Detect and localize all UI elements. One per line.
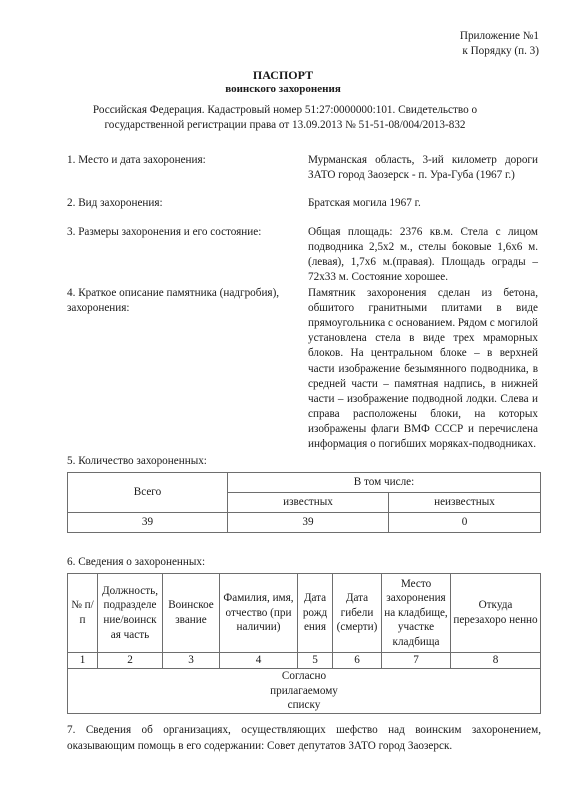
item-3-label: 3. Размеры захоронения и его состояние: <box>67 225 292 240</box>
item-1-label: 1. Место и дата захоронения: <box>67 153 292 168</box>
col-header-rank: Воинское звание <box>163 574 220 653</box>
header-including: В том числе: <box>228 473 541 493</box>
buried-section-label: 6. Сведения о захороненных: <box>67 555 205 570</box>
item-1-value: Мурманская область, 3-ий километр дороги… <box>308 153 538 183</box>
col-number: 1 <box>68 653 98 669</box>
value-unknown: 0 <box>389 513 541 533</box>
value-total: 39 <box>68 513 228 533</box>
item-2-value: Братская могила 1967 г. <box>308 196 538 211</box>
header-known: известных <box>228 493 389 513</box>
appendix-reference: Приложение №1 к Порядку (п. 3) <box>460 29 539 59</box>
col-header-death-date: Дата гибели (смерти) <box>333 574 382 653</box>
col-number: 2 <box>98 653 163 669</box>
appendix-line-1: Приложение №1 <box>460 29 539 44</box>
col-number: 8 <box>451 653 541 669</box>
col-header-birth-date: Дата рожд ения <box>298 574 333 653</box>
registry-line-1: Российская Федерация. Кадастровый номер … <box>60 103 510 118</box>
col-header-burial-place: Место захоронения на кладбище, участке к… <box>382 574 451 653</box>
col-number: 7 <box>382 653 451 669</box>
col-header-reburied-from: Откуда перезахоро ненно <box>451 574 541 653</box>
col-header-number: № п/п <box>68 574 98 653</box>
col-number: 4 <box>220 653 298 669</box>
item-7-patronage: 7. Сведения об организациях, осуществляю… <box>67 722 541 754</box>
attached-list-note: Согласно прилагаемому списку <box>68 669 541 714</box>
item-2-label: 2. Вид захоронения: <box>67 196 292 211</box>
value-known: 39 <box>228 513 389 533</box>
appendix-line-2: к Порядку (п. 3) <box>460 44 539 59</box>
col-number: 5 <box>298 653 333 669</box>
header-total: Всего <box>68 473 228 513</box>
col-header-full-name: Фамилия, имя, отчество (при наличии) <box>220 574 298 653</box>
item-3-value: Общая площадь: 2376 кв.м. Стела с лицом … <box>308 225 538 285</box>
document-subtitle: воинского захоронения <box>0 82 566 96</box>
burial-count-table: Всего В том числе: известных неизвестных… <box>67 472 541 533</box>
item-4-value: Памятник захоронения сделан из бетона, о… <box>308 286 538 452</box>
buried-info-table: № п/п Должность, подразделе ние/воинск а… <box>67 573 541 714</box>
registry-info: Российская Федерация. Кадастровый номер … <box>60 103 510 133</box>
header-unknown: неизвестных <box>389 493 541 513</box>
attached-list-note-text: Согласно прилагаемому списку <box>264 669 344 713</box>
item-4-label: 4. Краткое описание памятника (надгробия… <box>67 286 292 316</box>
count-section-label: 5. Количество захороненных: <box>67 454 207 469</box>
col-header-position: Должность, подразделе ние/воинск ая част… <box>98 574 163 653</box>
col-number: 6 <box>333 653 382 669</box>
registry-line-2: государственной регистрации права от 13.… <box>60 118 510 133</box>
col-number: 3 <box>163 653 220 669</box>
